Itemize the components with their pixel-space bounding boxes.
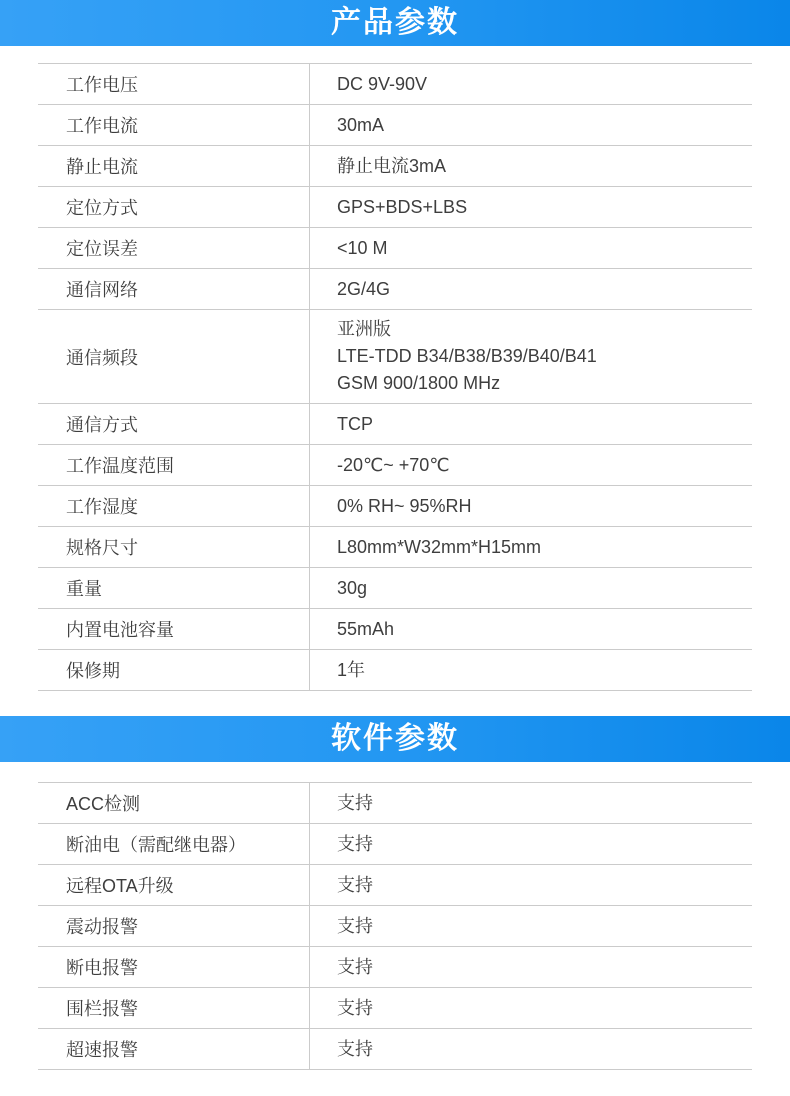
spec-table: 工作电压 DC 9V-90V 工作电流 30mA 静止电流 静止电流3mA 定位… <box>38 63 752 691</box>
spec-row: 通信频段 亚洲版 LTE-TDD B34/B38/B39/B40/B41 GSM… <box>38 310 752 404</box>
spec-row: 工作温度范围 -20℃~ +70℃ <box>38 445 752 486</box>
spec-row: 定位方式 GPS+BDS+LBS <box>38 187 752 228</box>
spec-value: 支持 <box>310 988 752 1028</box>
spec-label: 工作湿度 <box>38 486 310 526</box>
spec-value: 支持 <box>310 906 752 946</box>
spec-row: 重量 30g <box>38 568 752 609</box>
spec-row: 震动报警 支持 <box>38 906 752 947</box>
spec-value: 30mA <box>310 105 752 145</box>
spec-value: DC 9V-90V <box>310 64 752 104</box>
spec-row: 远程OTA升级 支持 <box>38 865 752 906</box>
spec-row: 工作电流 30mA <box>38 105 752 146</box>
spec-section: 产品参数 工作电压 DC 9V-90V 工作电流 30mA 静止电流 静止电流3… <box>0 0 790 691</box>
spec-row: 断电报警 支持 <box>38 947 752 988</box>
spec-section: 软件参数 ACC检测 支持 断油电（需配继电器） 支持 远程OTA升级 支持 震… <box>0 716 790 1070</box>
spec-label: 工作温度范围 <box>38 445 310 485</box>
spec-label: 保修期 <box>38 650 310 690</box>
section-title: 软件参数 <box>331 716 459 762</box>
spec-label: 超速报警 <box>38 1029 310 1069</box>
spec-value: 支持 <box>310 783 752 823</box>
spec-label: 规格尺寸 <box>38 527 310 567</box>
spec-label: 工作电压 <box>38 64 310 104</box>
spec-row: 保修期 1年 <box>38 650 752 691</box>
spec-value: <10 M <box>310 228 752 268</box>
spec-value: 30g <box>310 568 752 608</box>
spec-value: 2G/4G <box>310 269 752 309</box>
spec-row: ACC检测 支持 <box>38 783 752 824</box>
spec-row: 内置电池容量 55mAh <box>38 609 752 650</box>
spec-value: 1年 <box>310 650 752 690</box>
spec-row: 超速报警 支持 <box>38 1029 752 1070</box>
spec-label: ACC检测 <box>38 783 310 823</box>
spec-value: -20℃~ +70℃ <box>310 445 752 485</box>
spec-page: 产品参数 工作电压 DC 9V-90V 工作电流 30mA 静止电流 静止电流3… <box>0 0 790 1070</box>
spec-value: 支持 <box>310 1029 752 1069</box>
spec-label: 远程OTA升级 <box>38 865 310 905</box>
spec-label: 通信方式 <box>38 404 310 444</box>
spec-row: 工作湿度 0% RH~ 95%RH <box>38 486 752 527</box>
spec-value: TCP <box>310 404 752 444</box>
spec-row: 定位误差 <10 M <box>38 228 752 269</box>
spec-row: 规格尺寸 L80mm*W32mm*H15mm <box>38 527 752 568</box>
section-header-bar: 软件参数 <box>0 716 790 762</box>
spec-value: L80mm*W32mm*H15mm <box>310 527 752 567</box>
spec-value: 支持 <box>310 824 752 864</box>
spec-value: 0% RH~ 95%RH <box>310 486 752 526</box>
spec-value: 支持 <box>310 947 752 987</box>
spec-label: 断油电（需配继电器） <box>38 824 310 864</box>
spec-label: 内置电池容量 <box>38 609 310 649</box>
spec-label: 重量 <box>38 568 310 608</box>
spec-table: ACC检测 支持 断油电（需配继电器） 支持 远程OTA升级 支持 震动报警 支… <box>38 782 752 1070</box>
spec-value: GPS+BDS+LBS <box>310 187 752 227</box>
spec-value: 静止电流3mA <box>310 146 752 186</box>
spec-label: 震动报警 <box>38 906 310 946</box>
spec-label: 围栏报警 <box>38 988 310 1028</box>
spec-label: 断电报警 <box>38 947 310 987</box>
spec-value: 支持 <box>310 865 752 905</box>
spec-row: 通信网络 2G/4G <box>38 269 752 310</box>
spec-label: 通信频段 <box>38 310 310 403</box>
section-header-bar: 产品参数 <box>0 0 790 46</box>
spec-row: 通信方式 TCP <box>38 404 752 445</box>
spec-value: 亚洲版 LTE-TDD B34/B38/B39/B40/B41 GSM 900/… <box>310 310 752 403</box>
spec-row: 断油电（需配继电器） 支持 <box>38 824 752 865</box>
spec-label: 定位误差 <box>38 228 310 268</box>
spec-row: 围栏报警 支持 <box>38 988 752 1029</box>
section-title: 产品参数 <box>331 0 459 46</box>
spec-row: 静止电流 静止电流3mA <box>38 146 752 187</box>
spec-label: 静止电流 <box>38 146 310 186</box>
spec-value: 55mAh <box>310 609 752 649</box>
spec-label: 工作电流 <box>38 105 310 145</box>
spec-label: 通信网络 <box>38 269 310 309</box>
spec-label: 定位方式 <box>38 187 310 227</box>
spec-row: 工作电压 DC 9V-90V <box>38 64 752 105</box>
